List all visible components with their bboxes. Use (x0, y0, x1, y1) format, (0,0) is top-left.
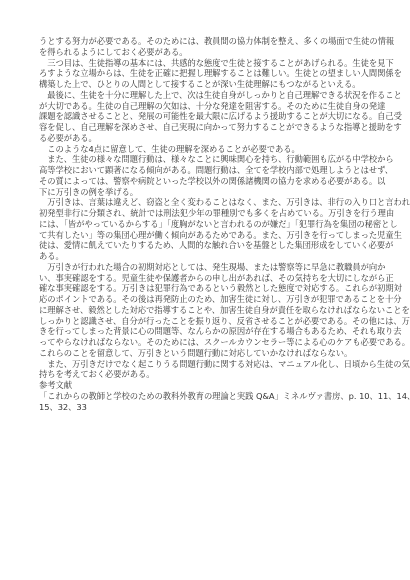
text-line: 最後に、生徒を十分に理解した上で、次は生徒自身がしっかりと自己理解できる状況を作… (39, 90, 371, 101)
text-line: 万引きが行われた場合の初期対応としては、発生現場、または警察等に早急に教職員が向… (39, 262, 371, 273)
text-line: これらのことを留意して、万引きという問題行動に対応していかなければならない。 (39, 348, 371, 359)
text-line: 応のポイントである。その後は再発防止のため、加害生徒に対し、万引きが犯罪であるこ… (39, 294, 371, 305)
text-line: また、生徒の様々な問題行動は、様々なことに興味関心を持ち、行動範囲も広がる中学校… (39, 154, 371, 165)
text-line: 徒は、愛情に飢えていたりするため、人間的な触れ合いを基盤とした集団形成をしていく… (39, 240, 371, 251)
text-line: 下に万引きの例を挙げる。 (39, 187, 371, 198)
text-line: しっかりと認識させ、自分が行ったことを振り返り、反省させることが必要である。その… (39, 316, 371, 327)
text-line: また、万引きだけでなく起こりうる問題行動に関する対応は、マニュアル化し、日頃から… (39, 359, 371, 370)
text-line: 三つ目は、生徒指導の基本には、共感的な態度で生徒と接することがあげられる。生徒を… (39, 58, 371, 69)
text-line: ってやらなければならない。そのためには、スクールカウンセラー等による心のケアも必… (39, 337, 371, 348)
text-line: には、「皆がやっているからする」「度胸がないと言われるのが嫌だ」「犯罪行為を集団… (39, 219, 371, 230)
references-heading: 参考文献 (39, 380, 371, 391)
document-page: うとする努力が必要である。そのためには、教員間の協力体制を整え、多くの場面で生徒… (39, 36, 371, 412)
text-line: 課題を認識させることと、発展の可能性を最大限に広げるよう援助することが大切になる… (39, 111, 371, 122)
reference-entry-pages: 15、32、33 (39, 402, 371, 413)
text-line: て共有したい」等の集団心理が働く傾向があるためである。また、万引きを行ってしまっ… (39, 230, 371, 241)
text-line: ある。 (39, 251, 371, 262)
text-line: その質によっては、警察や病院といった学校以外の関係諸機関の協力を求める必要がある… (39, 176, 371, 187)
text-line: に理解させ、毅然とした対応で指導することや、加害生徒自身が責任を取らなければなら… (39, 305, 371, 316)
text-line: 初発型非行に分類され、統計では刑法犯少年の罪種別でも多くを占めている。万引きを行… (39, 208, 371, 219)
text-line: 容を促し、自己理解を深めさせ、自己実現に向かって努力することができるような指導と… (39, 122, 371, 133)
text-line: 確な事実確認をする。万引きは犯罪行為であるという毅然とした態度で対応する。これら… (39, 283, 371, 294)
text-line: が大切である。生徒の自己理解の欠如は、十分な発達を阻害する。そのために生徒自身の… (39, 101, 371, 112)
text-line: 高等学校において顕著になる傾向がある。問題行動は、全てを学校内部で処理しようとは… (39, 165, 371, 176)
text-line: きを行ってしまった背景に心の問題等、なんらかの原因が存在する場合もあるため、それ… (39, 326, 371, 337)
text-line: ろすような立場からは、生徒を正確に把握し理解することは難しい。生徒との望ましい人… (39, 68, 371, 79)
text-line: い、事実確認をする。児童生徒や保護者からの申し出があれば、その気持ちを大切にしな… (39, 273, 371, 284)
text-line: うとする努力が必要である。そのためには、教員間の協力体制を整え、多くの場面で生徒… (39, 36, 371, 47)
reference-entry: 「これからの教師と学校のための教科外教育の理論と実践 Q&A」ミネルヴァ書房、p… (39, 391, 371, 402)
text-line: 構築した上で、ひとりの人間として接することが深い生徒理解にもつながるといえる。 (39, 79, 371, 90)
text-line: このような4点に留意して、生徒の理解を深めることが必要である。 (39, 144, 371, 155)
text-line: る必要がある。 (39, 133, 371, 144)
text-line: 万引きは、言葉は違えど、窃盗と全く変わることはなく、また、万引きは、非行の入り口… (39, 197, 371, 208)
text-line: を得られるようにしておく必要がある。 (39, 47, 371, 58)
text-line: 持ちを考えておく必要がある。 (39, 369, 371, 380)
